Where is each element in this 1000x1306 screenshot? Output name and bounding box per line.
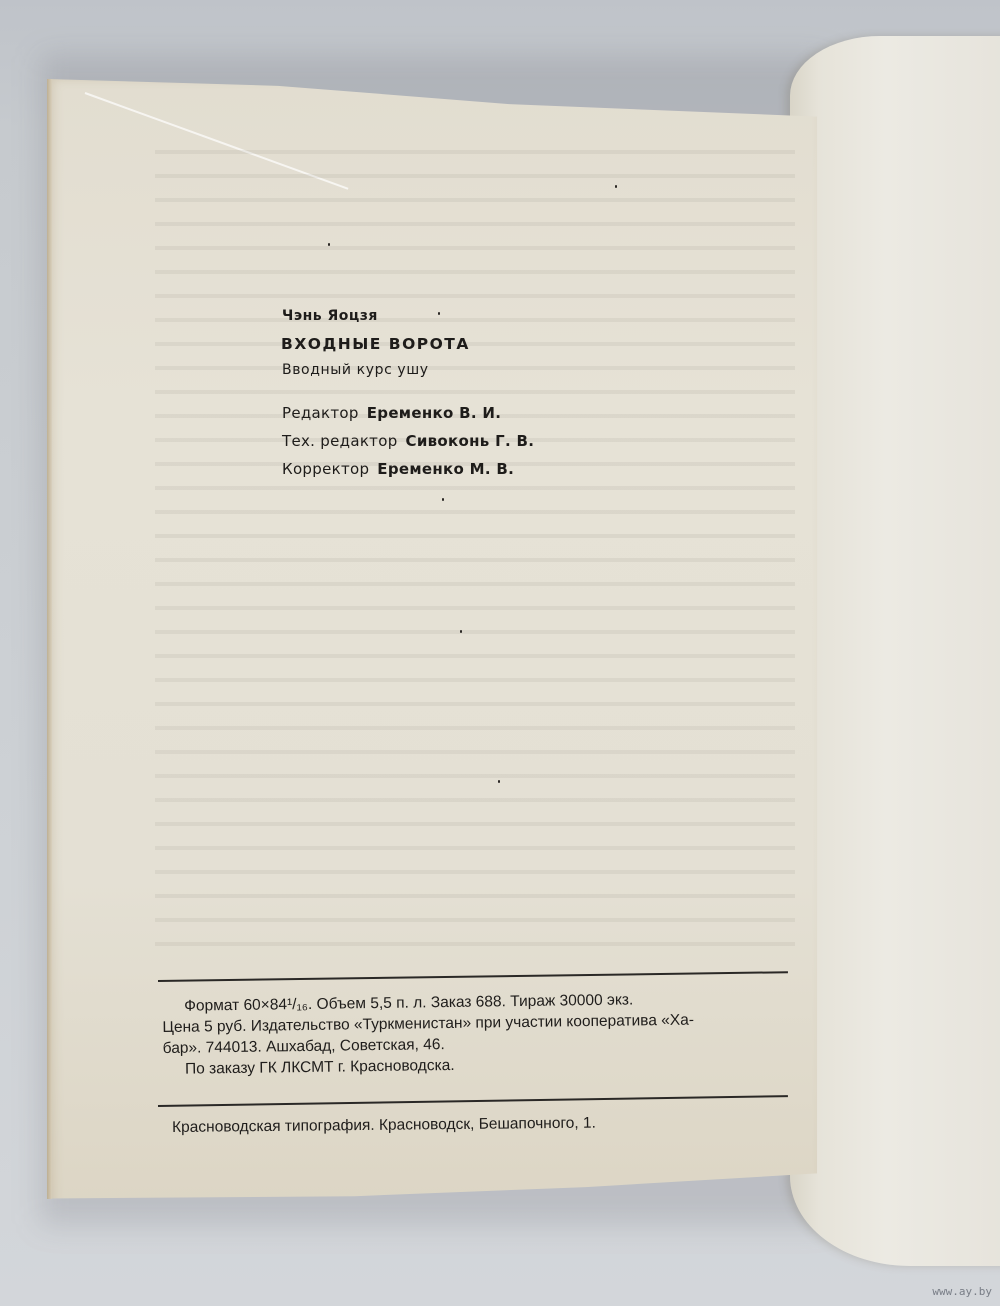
credit-name: Еременко В. И. [367, 404, 501, 422]
printing-house-line: Красноводская типография. Красноводск, Б… [172, 1115, 596, 1137]
watermark: www.ay.by [932, 1285, 992, 1298]
ink-speck [442, 498, 444, 501]
credit-tech-editor: Тех. редакторСивоконь Г. В. [282, 432, 534, 450]
divider-bottom [158, 1095, 788, 1107]
credit-role: Редактор [282, 404, 359, 422]
book-subtitle: Вводный курс ушу [282, 362, 429, 378]
imprint-block: Формат 60×84¹/₁₆. Объем 5,5 п. л. Заказ … [162, 987, 793, 1080]
ink-speck [460, 630, 462, 633]
imprint-page-content: Чэнь Яоцзя ВХОДНЫЕ ВОРОТА Вводный курс у… [0, 0, 1000, 1306]
credit-name: Еременко М. В. [377, 460, 514, 478]
author-name: Чэнь Яоцзя [282, 308, 378, 324]
book-title: ВХОДНЫЕ ВОРОТА [281, 335, 470, 353]
credit-role: Тех. редактор [282, 432, 398, 450]
credit-corrector: КорректорЕременко М. В. [282, 460, 514, 478]
ink-speck [615, 185, 617, 188]
ink-speck [328, 243, 330, 246]
credit-role: Корректор [282, 460, 369, 478]
credit-name: Сивоконь Г. В. [406, 432, 535, 450]
credit-editor: РедакторЕременко В. И. [282, 404, 501, 422]
divider-top [158, 971, 788, 982]
ink-speck [498, 780, 500, 783]
ink-speck [438, 312, 440, 315]
